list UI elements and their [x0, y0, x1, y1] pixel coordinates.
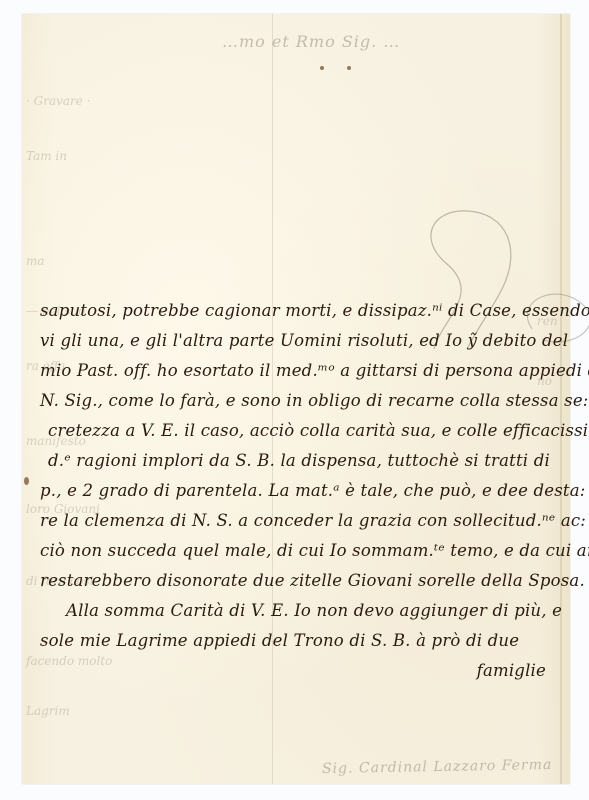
letter-line: saputosi, potrebbe cagionar morti, e dis…: [40, 296, 560, 326]
letter-line: restarebbero disonorate due zitelle Giov…: [40, 566, 560, 596]
letter-line: ciò non succeda quel male, di cui Io som…: [40, 536, 560, 566]
letter-line: d.ᵉ ragioni implori da S. B. la dispensa…: [40, 446, 560, 476]
address-header: …mo et Rmo Sig. …: [222, 32, 400, 51]
bleed-through-text: ma: [26, 254, 45, 268]
letter-line-closing: famiglie: [40, 656, 560, 686]
letter-line: re la clemenza di N. S. a conceder la gr…: [40, 506, 560, 536]
ink-spot: [24, 477, 29, 485]
letter-line: sole mie Lagrime appiedi del Trono di S.…: [40, 626, 560, 656]
letter-body: saputosi, potrebbe cagionar morti, e dis…: [40, 296, 560, 686]
ink-spot: [320, 66, 324, 70]
letter-line: vi gli una, e gli l'altra parte Uomini r…: [40, 326, 560, 356]
letter-line: mio Past. off. ho esortato il med.ᵐᵒ a g…: [40, 356, 560, 386]
letter-line: p., e 2 grado di parentela. La mat.ᵃ è t…: [40, 476, 560, 506]
bleed-through-text: Lagrim: [26, 704, 70, 718]
letter-line: N. Sig., come lo farà, e sono in obligo …: [40, 386, 560, 416]
letter-line: cretezza a V. E. il caso, acciò colla ca…: [40, 416, 560, 446]
letter-line: Alla somma Carità di V. E. Io non devo a…: [40, 596, 560, 626]
address-footer: Sig. Cardinal Lazzaro Ferma: [322, 757, 553, 777]
bleed-through-text: · Gravare ·: [26, 94, 91, 108]
bleed-through-text: Tam in: [26, 149, 67, 163]
ink-spot: [347, 66, 351, 70]
